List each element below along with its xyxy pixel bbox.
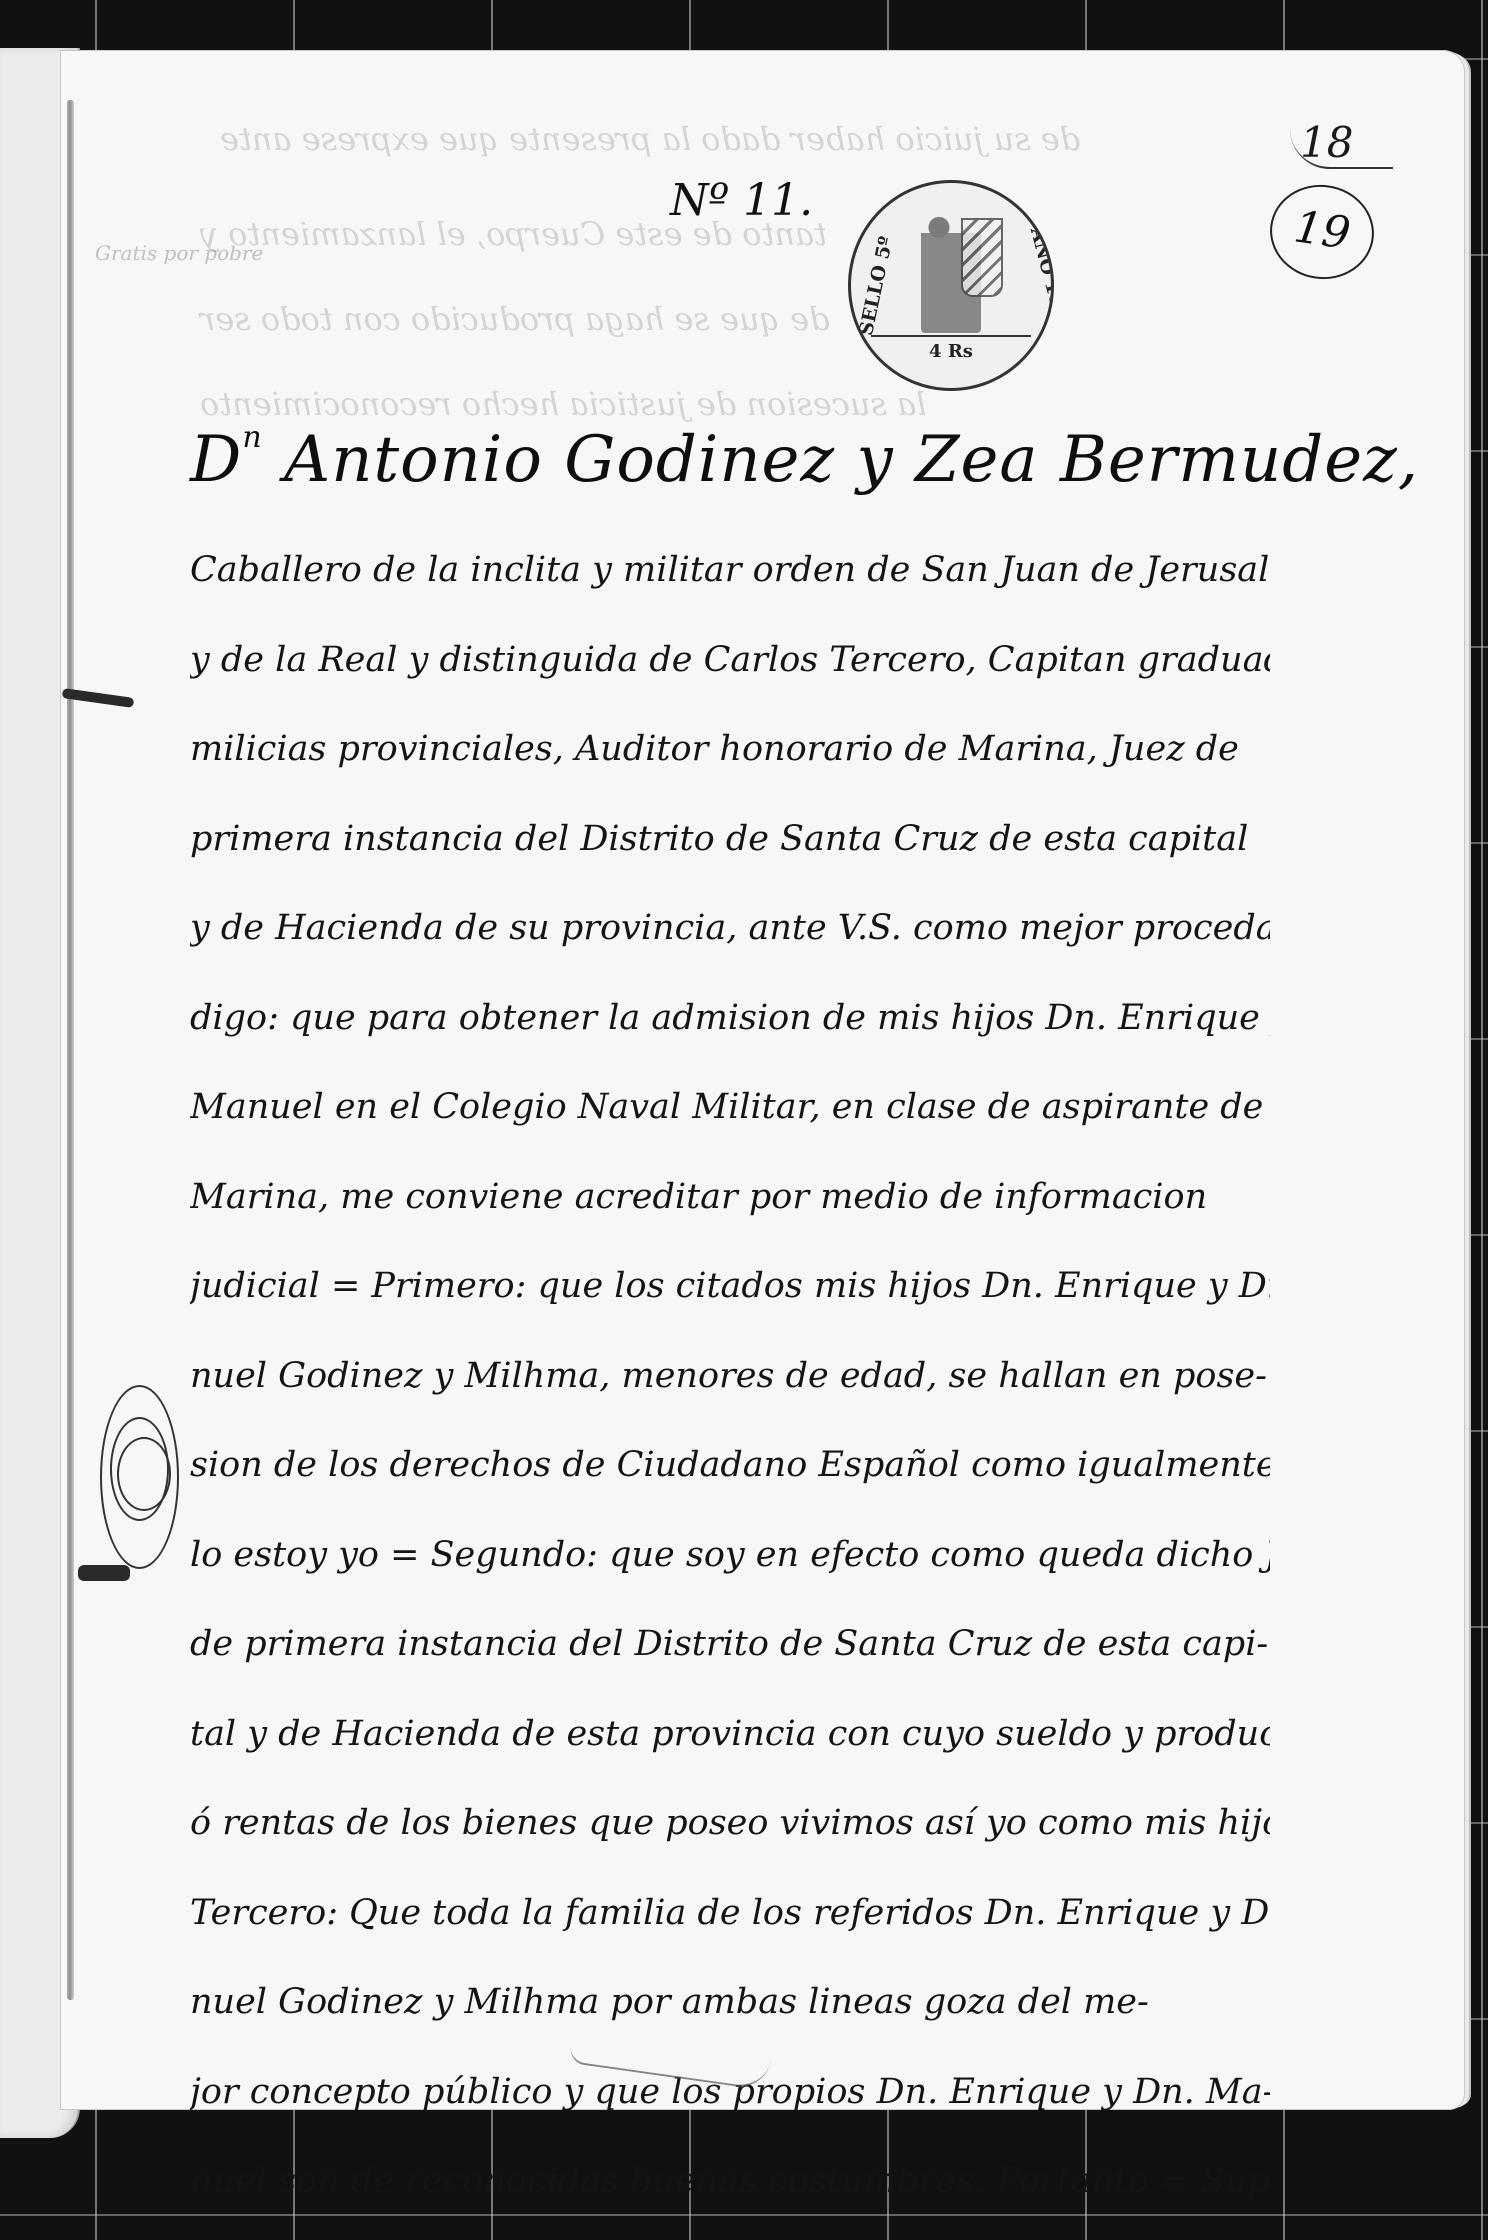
text-line: Tercero: Que toda la familia de los refe… (190, 1883, 1270, 1973)
text-line: milicias provinciales, Auditor honorario… (190, 719, 1270, 809)
document-heading: Dn Antonio Godinez y Zea Bermudez, (190, 420, 1419, 497)
stamp-value: 4 Rs (851, 341, 1051, 362)
text-line: nuel Godinez y Milhma, menores de edad, … (190, 1346, 1270, 1436)
heading-prefix-sup: n (242, 420, 262, 455)
text-line: judicial = Primero: que los citados mis … (190, 1256, 1270, 1346)
text-line: digo: que para obtener la admision de mi… (190, 988, 1270, 1078)
text-line: Marina, me conviene acreditar por medio … (190, 1167, 1270, 1257)
shield-icon (961, 218, 1003, 297)
text-line: tal y de Hacienda de esta provincia con … (190, 1704, 1270, 1794)
folio-number: 18 (1290, 118, 1393, 169)
text-line: sion de los derechos de Ciudadano Españo… (190, 1435, 1270, 1525)
heading-name: Antonio Godinez y Zea Bermudez, (284, 423, 1419, 497)
document-number: Nº 11. (670, 175, 813, 226)
text-line: Manuel en el Colegio Naval Militar, en c… (190, 1077, 1270, 1167)
text-line: y de Hacienda de su provincia, ante V.S.… (190, 898, 1270, 988)
text-line: lo estoy yo = Segundo: que soy en efecto… (190, 1525, 1270, 1615)
text-line: nuel son de reconocidas buenas costumbre… (190, 2151, 1270, 2240)
binding-thread (78, 1565, 130, 1581)
margin-note-faint: Gratis por pobre (95, 240, 263, 266)
binding-gutter (67, 100, 74, 2000)
stamp-left-text: SELLO 5º (855, 234, 897, 337)
text-line: y de la Real y distinguida de Carlos Ter… (190, 630, 1270, 720)
text-line: primera instancia del Distrito de Santa … (190, 809, 1270, 899)
rubric-flourish (100, 1385, 179, 1569)
text-line: de primera instancia del Distrito de San… (190, 1614, 1270, 1704)
text-line: ó rentas de los bienes que poseo vivimos… (190, 1793, 1270, 1883)
text-line: Caballero de la inclita y militar orden … (190, 540, 1270, 630)
heading-prefix: D (190, 423, 242, 497)
tax-stamp-seal: SELLO 5º AÑO 1857. 4 Rs (848, 180, 1054, 391)
stamp-divider (871, 335, 1031, 337)
manuscript-body: Caballero de la inclita y militar orden … (190, 540, 1270, 2240)
text-line: nuel Godinez y Milhma por ambas lineas g… (190, 1972, 1270, 2062)
